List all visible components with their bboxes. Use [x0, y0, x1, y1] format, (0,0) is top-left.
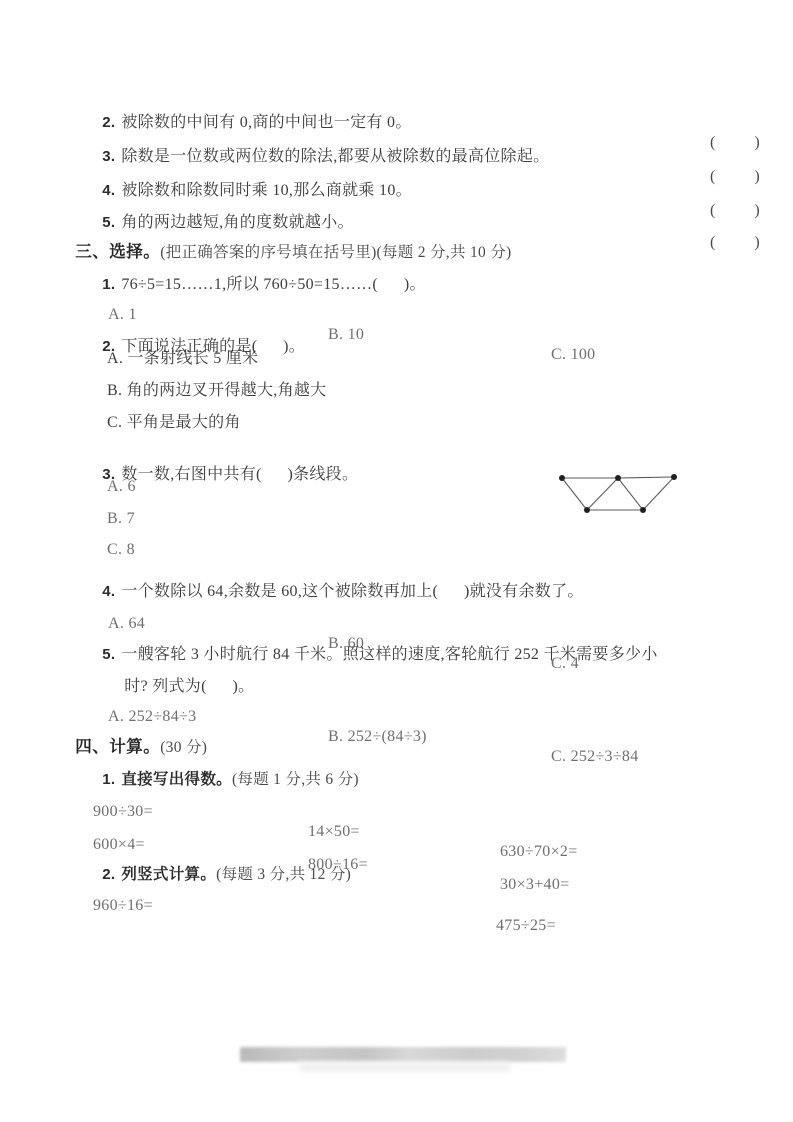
option-b: B. 角的两边叉开得越大,角越大 [107, 381, 326, 401]
vertical-calc-row: 960÷16= 475÷25= [0, 876, 793, 956]
option-a: A. 6 [107, 477, 136, 497]
option-a: A. 一条射线长 5 厘米 [107, 349, 258, 369]
option-b: B. 252÷(84÷3) [328, 727, 427, 747]
option-c: C. 100 [551, 345, 595, 365]
math-expression: 475÷25= [496, 916, 556, 936]
option-c: C. 8 [107, 540, 135, 560]
blurred-watermark-shadow [300, 1062, 510, 1072]
option-c: C. 252÷3÷84 [551, 747, 639, 767]
answer-bracket: ( ) [710, 233, 760, 253]
option-b: B. 10 [328, 325, 364, 345]
option-c: C. 平角是最大的角 [107, 413, 241, 433]
answer-bracket: ( ) [710, 167, 760, 187]
math-expression: 960÷16= [93, 896, 153, 916]
worksheet-page: 2.被除数的中间有 0,商的中间也一定有 0。 ( ) 3.除数是一位数或两位数… [0, 0, 793, 1122]
option-b: B. 7 [107, 509, 135, 529]
question-text: 数一数,右图中共有( )条线段。 [121, 466, 358, 483]
answer-bracket: ( ) [710, 201, 760, 221]
blurred-watermark [240, 1047, 566, 1062]
answer-bracket: ( ) [710, 133, 760, 153]
line-segment-figure [552, 468, 690, 526]
